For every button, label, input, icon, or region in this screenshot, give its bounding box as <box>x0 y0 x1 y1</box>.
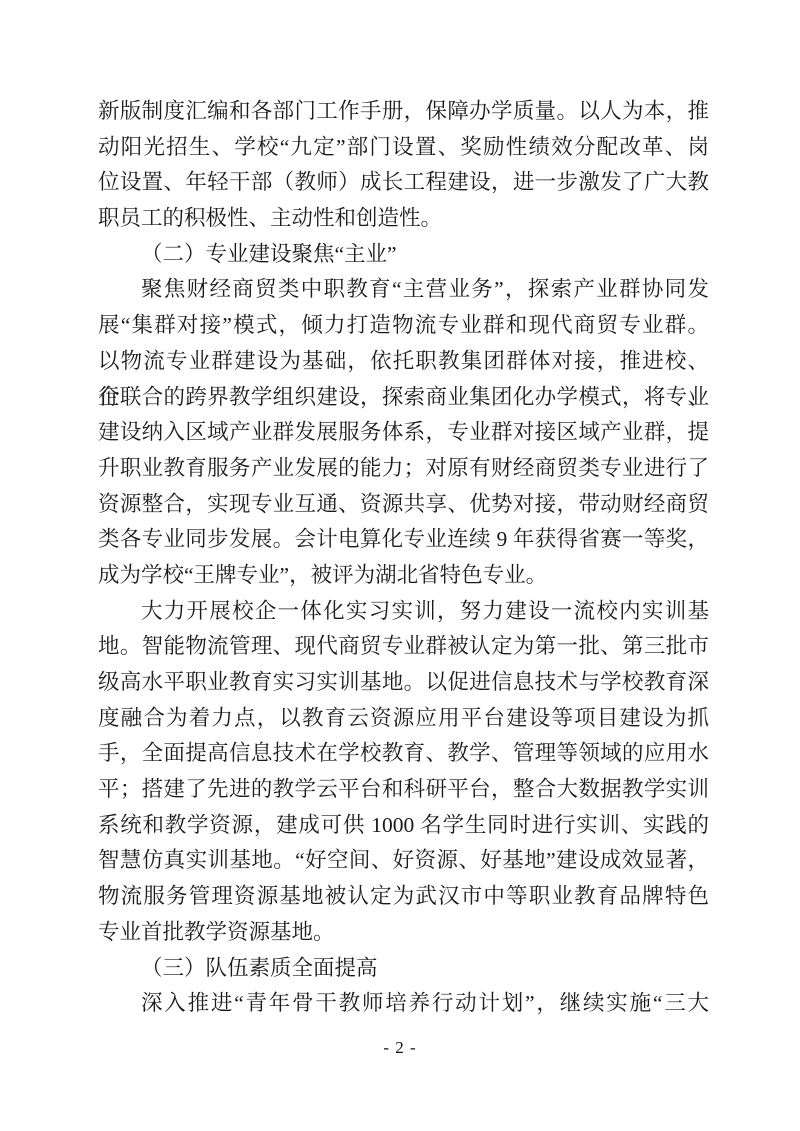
page-number: - 2 - <box>383 1038 416 1057</box>
paragraph: 新版制度汇编和各部门工作手册，保障办学质量。以人为本，推动阳光招生、学校“九定”… <box>98 94 709 237</box>
text-line: 平；搭建了先进的教学云平台和科研平台，整合大数据教学实训 <box>98 772 709 808</box>
document-page: 新版制度汇编和各部门工作手册，保障办学质量。以人为本，推动阳光招生、学校“九定”… <box>0 0 800 1131</box>
paragraph: 深入推进“青年骨干教师培养行动计划”，继续实施“三大 <box>98 986 709 1022</box>
text-line: 以物流专业群建设为基础，依托职教集团群体对接，推进校、行、 <box>98 344 709 380</box>
text-line: 聚焦财经商贸类中职教育“主营业务”，探索产业群协同发 <box>98 272 709 308</box>
text-line: 位设置、年轻干部（教师）成长工程建设，进一步激发了广大教 <box>98 165 709 201</box>
text-line: 资源整合，实现专业互通、资源共享、优势对接，带动财经商贸 <box>98 487 709 523</box>
text-line: 成为学校“王牌专业”，被评为湖北省特色专业。 <box>98 558 709 594</box>
text-line: 手，全面提高信息技术在学校教育、教学、管理等领域的应用水 <box>98 736 709 772</box>
text-line: 度融合为着力点，以教育云资源应用平台建设等项目建设为抓 <box>98 701 709 737</box>
text-line: （二）专业建设聚焦“主业” <box>98 237 709 273</box>
text-line: 系统和教学资源，建成可供 1000 名学生同时进行实训、实践的 <box>98 808 709 844</box>
text-line: 职员工的积极性、主动性和创造性。 <box>98 201 709 237</box>
text-line: 升职业教育服务产业发展的能力；对原有财经商贸类专业进行了 <box>98 451 709 487</box>
text-line: 专业首批教学资源基地。 <box>98 915 709 951</box>
text-line: 企联合的跨界教学组织建设，探索商业集团化办学模式，将专业 <box>98 380 709 416</box>
text-line: 智慧仿真实训基地。“好空间、好资源、好基地”建设成效显著， <box>98 843 709 879</box>
text-line: 级高水平职业教育实习实训基地。以促进信息技术与学校教育深 <box>98 665 709 701</box>
paragraph: 聚焦财经商贸类中职教育“主营业务”，探索产业群协同发展“集群对接”模式，倾力打造… <box>98 272 709 593</box>
section-heading: （二）专业建设聚焦“主业” <box>98 237 709 273</box>
page-footer: - 2 - <box>0 1038 800 1058</box>
text-line: 地。智能物流管理、现代商贸专业群被认定为第一批、第三批市 <box>98 629 709 665</box>
section-heading: （三）队伍素质全面提高 <box>98 951 709 987</box>
text-line: 大力开展校企一体化实习实训，努力建设一流校内实训基 <box>98 594 709 630</box>
document-body: 新版制度汇编和各部门工作手册，保障办学质量。以人为本，推动阳光招生、学校“九定”… <box>98 94 709 1022</box>
text-line: （三）队伍素质全面提高 <box>98 951 709 987</box>
text-line: 类各专业同步发展。会计电算化专业连续 9 年获得省赛一等奖， <box>98 522 709 558</box>
text-line: 建设纳入区域产业群发展服务体系，专业群对接区域产业群，提 <box>98 415 709 451</box>
text-line: 物流服务管理资源基地被认定为武汉市中等职业教育品牌特色 <box>98 879 709 915</box>
text-line: 展“集群对接”模式，倾力打造物流专业群和现代商贸专业群。 <box>98 308 709 344</box>
text-line: 新版制度汇编和各部门工作手册，保障办学质量。以人为本，推 <box>98 94 709 130</box>
paragraph: 大力开展校企一体化实习实训，努力建设一流校内实训基地。智能物流管理、现代商贸专业… <box>98 594 709 951</box>
text-line: 动阳光招生、学校“九定”部门设置、奖励性绩效分配改革、岗 <box>98 130 709 166</box>
text-line: 深入推进“青年骨干教师培养行动计划”，继续实施“三大 <box>98 986 709 1022</box>
